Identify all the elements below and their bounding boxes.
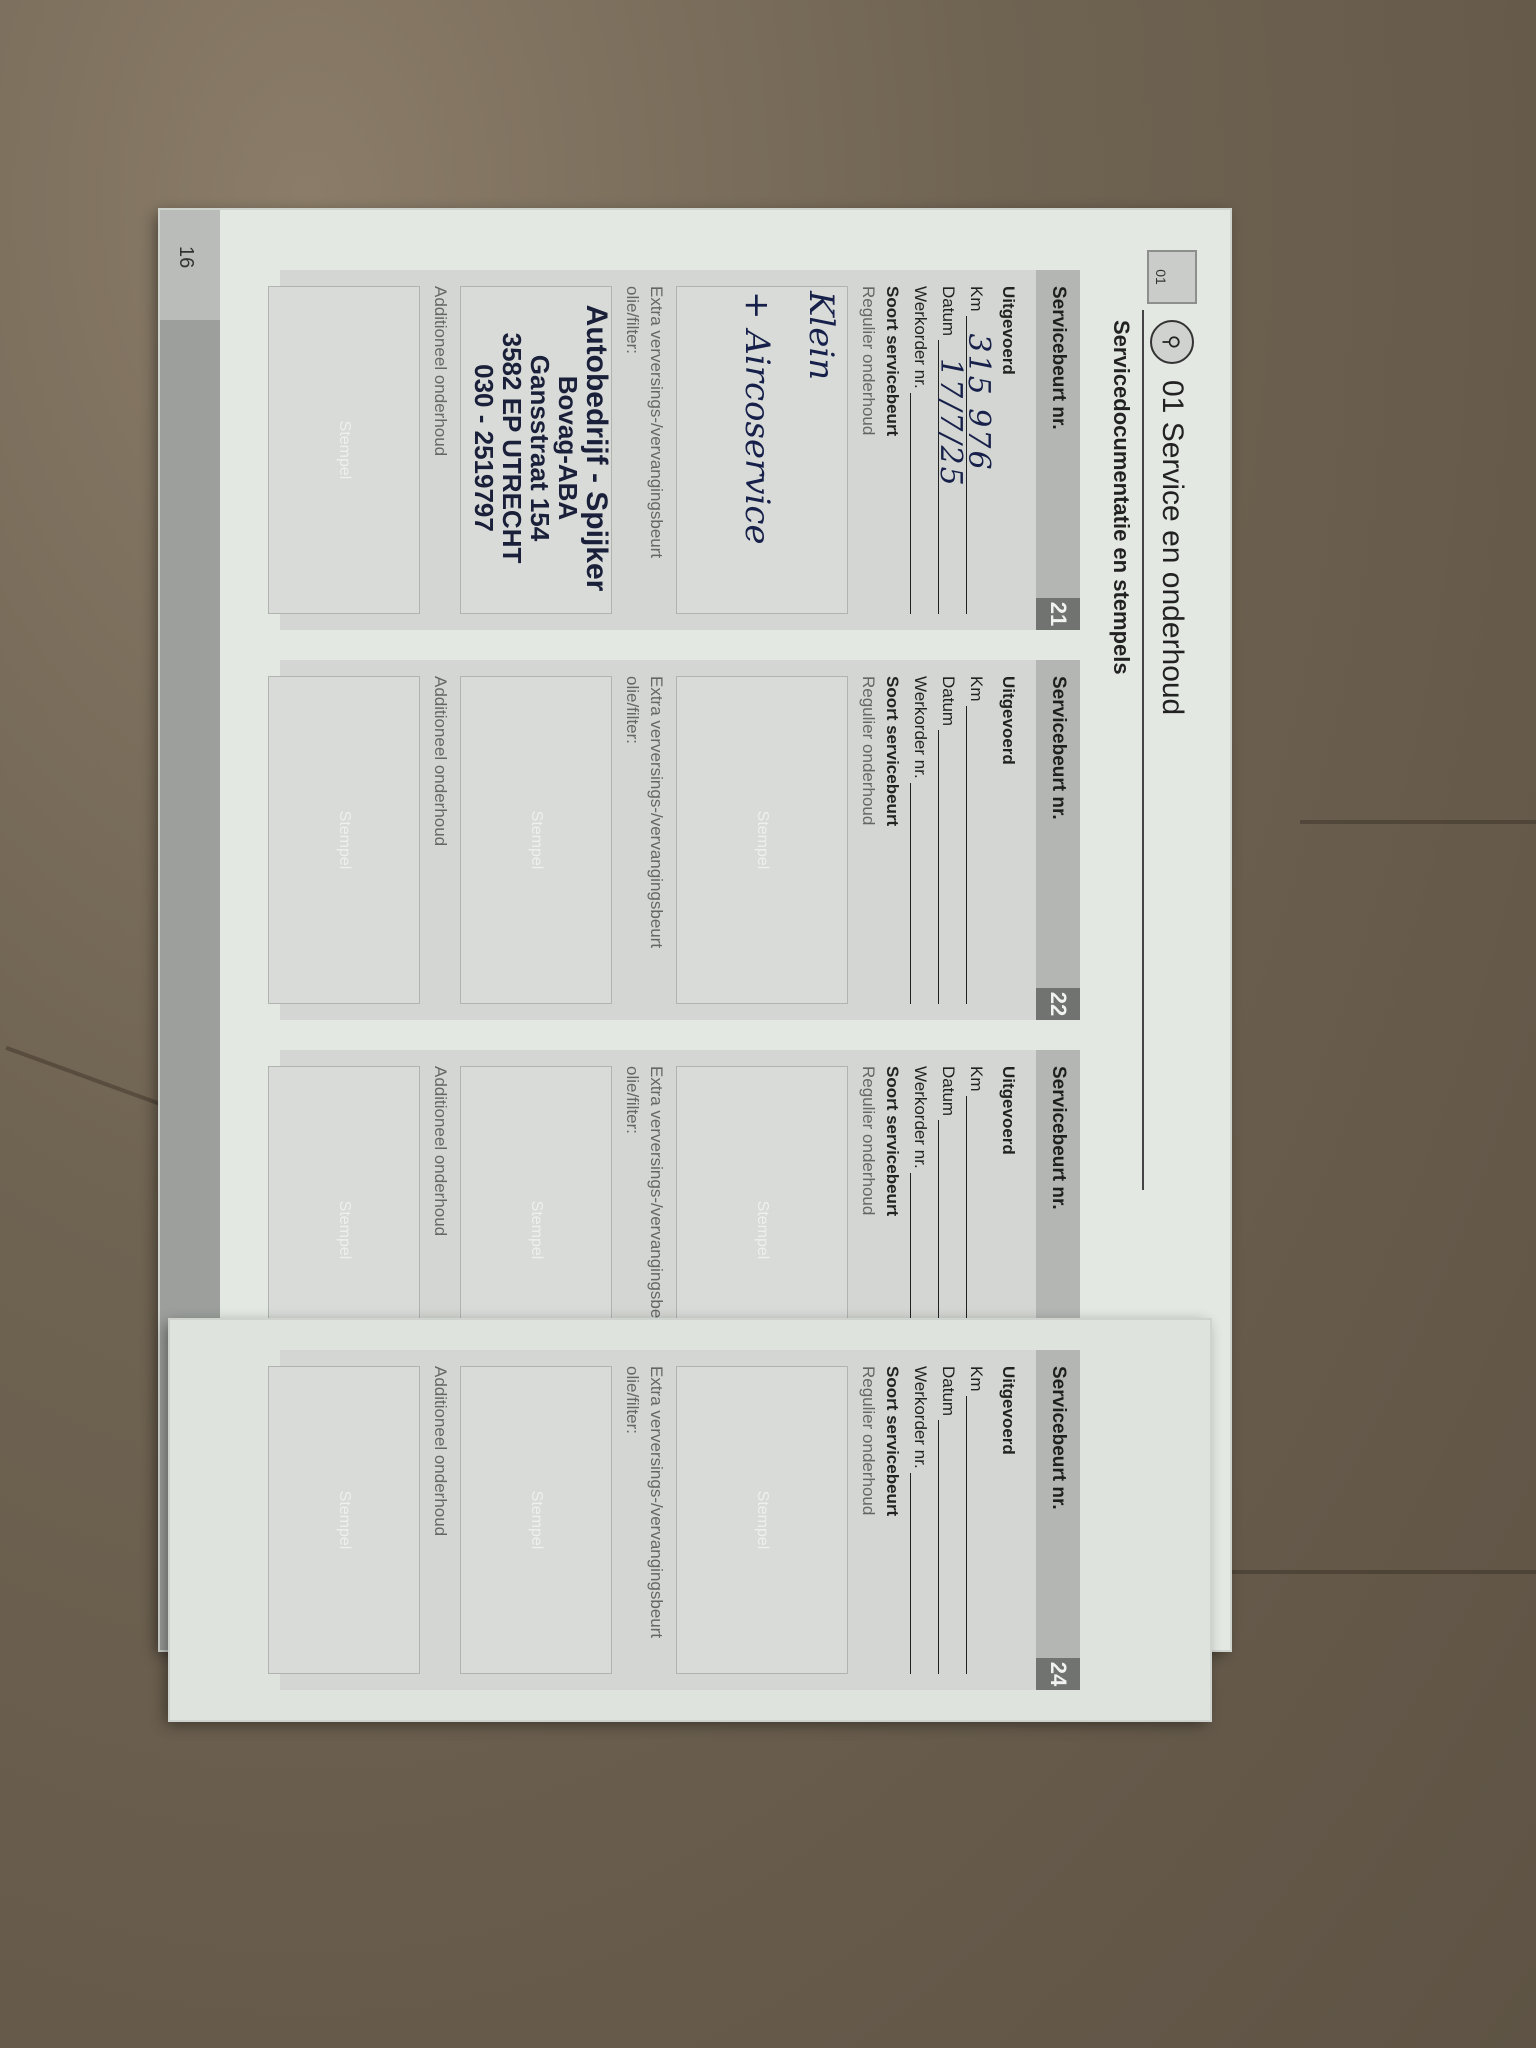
stamp-box: Stempel (268, 676, 420, 1004)
label-km: Km (966, 1366, 986, 1392)
label-additioneel: Additioneel onderhoud (430, 676, 450, 1004)
label-km: Km (966, 286, 986, 312)
facing-page: Servicebeurt nr.24 Uitgevoerd Km Datum W… (170, 1320, 1210, 1720)
werkorder-field[interactable] (910, 1473, 929, 1674)
handwritten-note: Klein (801, 291, 841, 380)
label-werkorder: Werkorder nr. (910, 286, 930, 389)
datum-field[interactable] (938, 730, 957, 1004)
km-field[interactable] (966, 1396, 985, 1675)
label-soort: Soort servicebeurt (882, 286, 902, 614)
label-datum: Datum (938, 676, 958, 726)
label-soort: Soort servicebeurt (882, 1366, 902, 1674)
garage-stamp: Autobedrijf - Spijker Bovag-ABA Gansstra… (470, 288, 610, 608)
stamp-box: Stempel (676, 676, 848, 1004)
stamp-box: Stempel (460, 1366, 612, 1674)
label-datum: Datum (938, 286, 958, 336)
page-subtitle: Servicedocumentatie en stempels (1108, 320, 1134, 675)
service-cards: Servicebeurt nr.21 Uitgevoerd Km315 976 … (280, 270, 1080, 1410)
service-card: Servicebeurt nr.21 Uitgevoerd Km315 976 … (280, 270, 1080, 630)
card-number: 21 (1036, 598, 1080, 630)
datum-field[interactable] (938, 1420, 957, 1674)
divider (1142, 310, 1144, 1190)
label-soort: Soort servicebeurt (882, 676, 902, 1004)
label-werkorder: Werkorder nr. (910, 1066, 930, 1169)
label-additioneel: Additioneel onderhoud (430, 1366, 450, 1674)
service-card: Servicebeurt nr.22 Uitgevoerd Km Datum W… (280, 660, 1080, 1020)
card-number: 24 (1036, 1658, 1080, 1690)
stamp-box: Stempel (676, 1366, 848, 1674)
label-datum: Datum (938, 1366, 958, 1416)
card-title: Servicebeurt nr. (1047, 1366, 1069, 1510)
page-number: 16 (174, 246, 197, 268)
stempel-placeholder: Stempel (753, 1491, 771, 1550)
stamp-box: Stempel (268, 1366, 420, 1674)
stempel-placeholder: Stempel (335, 421, 353, 480)
datum-field[interactable]: 17/7/25 (938, 340, 957, 614)
label-uitgevoerd: Uitgevoerd (998, 1366, 1018, 1674)
sofa-crease (1230, 1570, 1536, 1574)
label-km: Km (966, 676, 986, 702)
label-werkorder: Werkorder nr. (910, 1366, 930, 1469)
label-regulier: Regulier onderhoud (858, 676, 878, 1004)
label-regulier: Regulier onderhoud (858, 286, 878, 614)
label-uitgevoerd: Uitgevoerd (998, 676, 1018, 1004)
label-olie: olie/filter: (622, 1366, 642, 1674)
chapter-tab: 01 (1147, 250, 1197, 304)
stamp-box: Stempel (460, 676, 612, 1004)
label-uitgevoerd: Uitgevoerd (998, 286, 1018, 614)
label-olie: olie/filter: (622, 286, 642, 614)
stempel-placeholder: Stempel (335, 1491, 353, 1550)
km-field[interactable] (966, 706, 985, 1005)
wrench-service-icon: ⚲ (1150, 320, 1194, 364)
card-title: Servicebeurt nr. (1047, 1066, 1069, 1210)
label-extra: Extra verversings-/vervangingsbeurt (646, 286, 666, 614)
card-title: Servicebeurt nr. (1047, 676, 1069, 820)
card-title: Servicebeurt nr. (1047, 286, 1069, 430)
service-card: Servicebeurt nr.24 Uitgevoerd Km Datum W… (280, 1350, 1080, 1690)
label-datum: Datum (938, 1066, 958, 1116)
stamp-box: Stempel (268, 286, 420, 614)
label-km: Km (966, 1066, 986, 1092)
label-extra: Extra verversings-/vervangingsbeurt (646, 1366, 666, 1674)
page-header: 01 ⚲ 01 Service en onderhoud (1142, 250, 1202, 715)
handwritten-note: + Aircoservice (737, 291, 777, 545)
label-regulier: Regulier onderhoud (858, 1366, 878, 1674)
label-werkorder: Werkorder nr. (910, 676, 930, 779)
stempel-placeholder: Stempel (527, 1491, 545, 1550)
sofa-crease (1300, 820, 1536, 824)
stempel-placeholder: Stempel (753, 811, 771, 870)
page-title: 01 Service en onderhoud (1155, 380, 1189, 715)
stempel-placeholder: Stempel (527, 811, 545, 870)
werkorder-field[interactable] (910, 783, 929, 1004)
datum-value: 17/7/25 (933, 358, 968, 488)
label-extra: Extra verversings-/vervangingsbeurt (646, 676, 666, 1004)
label-olie: olie/filter: (622, 676, 642, 1004)
label-additioneel: Additioneel onderhoud (430, 286, 450, 614)
werkorder-field[interactable] (910, 393, 929, 614)
stempel-placeholder: Stempel (527, 1201, 545, 1260)
stempel-placeholder: Stempel (753, 1201, 771, 1260)
stempel-placeholder: Stempel (335, 1201, 353, 1260)
km-field[interactable]: 315 976 (966, 316, 985, 615)
stamp-box: Klein + Aircoservice (676, 286, 848, 614)
card-number: 22 (1036, 988, 1080, 1020)
service-booklet: 16 01 ⚲ 01 Service en onderhoud Serviced… (160, 210, 1230, 1710)
stempel-placeholder: Stempel (335, 811, 353, 870)
